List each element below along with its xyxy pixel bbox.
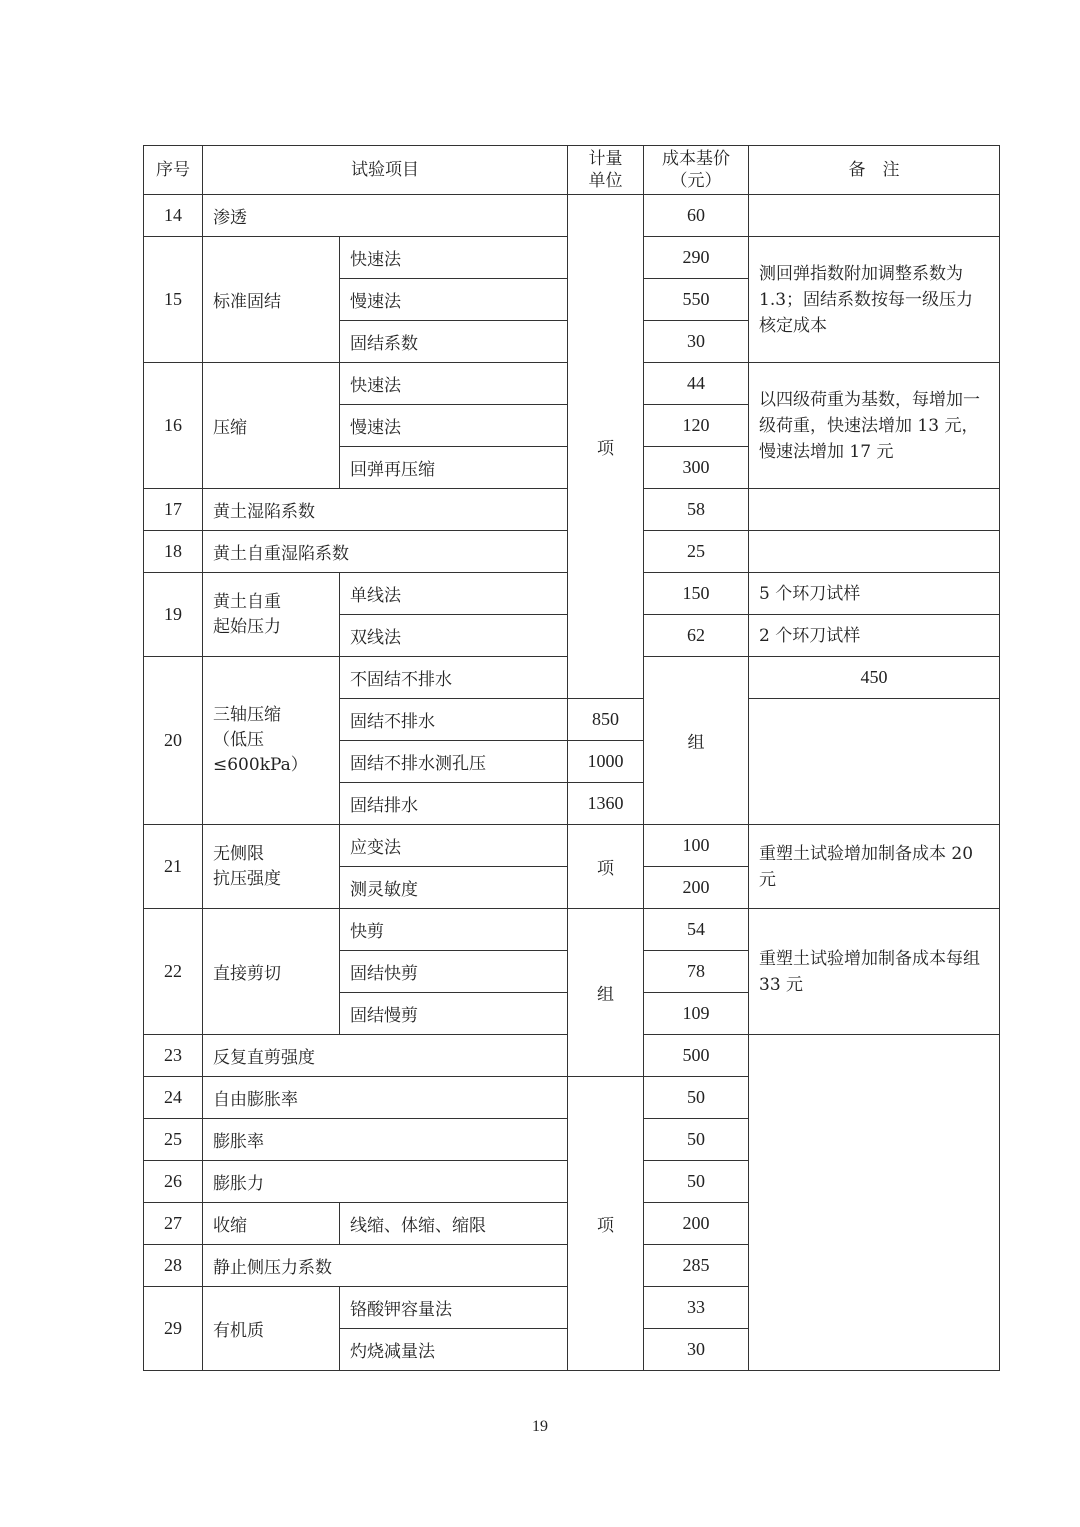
header-remark: 备 注	[749, 146, 1000, 195]
row-no: 24	[144, 1077, 203, 1119]
price: 44	[644, 363, 749, 405]
price: 33	[644, 1287, 749, 1329]
price: 1360	[568, 783, 644, 825]
price: 25	[644, 531, 749, 573]
price: 30	[644, 321, 749, 363]
price: 58	[644, 489, 749, 531]
cost-table: 序号 试验项目 计量单位 成本基价（元） 备 注 14 渗透 项 60 15 标…	[143, 145, 1000, 1371]
price: 290	[644, 237, 749, 279]
price: 50	[644, 1161, 749, 1203]
sub-item: 线缩、体缩、缩限	[340, 1203, 568, 1245]
item-name: 标准固结	[203, 237, 340, 363]
unit-cell: 项	[568, 1077, 644, 1371]
item-name: 无侧限抗压强度	[203, 825, 340, 909]
price: 1000	[568, 741, 644, 783]
unit-cell: 组	[644, 657, 749, 825]
header-price: 成本基价（元）	[644, 146, 749, 195]
item-name: 膨胀率	[203, 1119, 568, 1161]
item-name: 三轴压缩（低压≤600kPa）	[203, 657, 340, 825]
price: 300	[644, 447, 749, 489]
item-name: 有机质	[203, 1287, 340, 1371]
item-name: 直接剪切	[203, 909, 340, 1035]
page-number: 19	[0, 1418, 1080, 1436]
price: 30	[644, 1329, 749, 1371]
price: 120	[644, 405, 749, 447]
remark	[749, 489, 1000, 531]
price: 450	[749, 657, 1000, 699]
item-name: 收缩	[203, 1203, 340, 1245]
sub-item: 固结快剪	[340, 951, 568, 993]
item-name: 压缩	[203, 363, 340, 489]
price: 150	[644, 573, 749, 615]
unit-cell: 组	[568, 909, 644, 1077]
remark: 测回弹指数附加调整系数为1.3；固结系数按每一级压力核定成本	[749, 237, 1000, 363]
price: 54	[644, 909, 749, 951]
price: 285	[644, 1245, 749, 1287]
row-no: 29	[144, 1287, 203, 1371]
row-no: 16	[144, 363, 203, 489]
unit-cell: 项	[568, 195, 644, 699]
price: 100	[644, 825, 749, 867]
row-no: 22	[144, 909, 203, 1035]
sub-item: 快剪	[340, 909, 568, 951]
row-no: 17	[144, 489, 203, 531]
item-name: 自由膨胀率	[203, 1077, 568, 1119]
sub-item: 固结不排水测孔压	[340, 741, 568, 783]
row-no: 25	[144, 1119, 203, 1161]
header-seq: 序号	[144, 146, 203, 195]
sub-item: 固结不排水	[340, 699, 568, 741]
sub-item: 双线法	[340, 615, 568, 657]
price: 109	[644, 993, 749, 1035]
sub-item: 不固结不排水	[340, 657, 568, 699]
price: 78	[644, 951, 749, 993]
remark: 以四级荷重为基数，每增加一级荷重，快速法增加 13 元，慢速法增加 17 元	[749, 363, 1000, 489]
header-item: 试验项目	[203, 146, 568, 195]
remark	[749, 531, 1000, 573]
table-header: 序号 试验项目 计量单位 成本基价（元） 备 注	[144, 146, 1000, 195]
sub-item: 固结慢剪	[340, 993, 568, 1035]
item-name: 反复直剪强度	[203, 1035, 568, 1077]
price: 850	[568, 699, 644, 741]
row-no: 28	[144, 1245, 203, 1287]
price: 500	[644, 1035, 749, 1077]
row-no: 21	[144, 825, 203, 909]
row-no: 27	[144, 1203, 203, 1245]
item-name: 渗透	[203, 195, 568, 237]
sub-item: 快速法	[340, 363, 568, 405]
remark: 重塑土试验增加制备成本每组 33 元	[749, 909, 1000, 1035]
remark	[749, 195, 1000, 237]
row-no: 20	[144, 657, 203, 825]
item-name: 静止侧压力系数	[203, 1245, 568, 1287]
sub-item: 铬酸钾容量法	[340, 1287, 568, 1329]
price: 60	[644, 195, 749, 237]
row-no: 14	[144, 195, 203, 237]
item-name: 膨胀力	[203, 1161, 568, 1203]
sub-item: 单线法	[340, 573, 568, 615]
sub-item: 回弹再压缩	[340, 447, 568, 489]
remark	[749, 1035, 1000, 1371]
sub-item: 慢速法	[340, 279, 568, 321]
item-name: 黄土自重湿陷系数	[203, 531, 568, 573]
remark: 5 个环刀试样	[749, 573, 1000, 615]
sub-item: 慢速法	[340, 405, 568, 447]
table-row: 22 直接剪切 快剪 组 54 重塑土试验增加制备成本每组 33 元	[144, 909, 1000, 951]
price: 550	[644, 279, 749, 321]
sub-item: 固结系数	[340, 321, 568, 363]
price: 50	[644, 1077, 749, 1119]
header-unit: 计量单位	[568, 146, 644, 195]
row-no: 26	[144, 1161, 203, 1203]
sub-item: 固结排水	[340, 783, 568, 825]
table-row: 14 渗透 项 60	[144, 195, 1000, 237]
sub-item: 测灵敏度	[340, 867, 568, 909]
table-row: 21 无侧限抗压强度 应变法 项 100 重塑土试验增加制备成本 20 元	[144, 825, 1000, 867]
sub-item: 灼烧减量法	[340, 1329, 568, 1371]
remark: 重塑土试验增加制备成本 20 元	[749, 825, 1000, 909]
row-no: 19	[144, 573, 203, 657]
price: 50	[644, 1119, 749, 1161]
sub-item: 快速法	[340, 237, 568, 279]
row-no: 23	[144, 1035, 203, 1077]
item-name: 黄土自重起始压力	[203, 573, 340, 657]
item-name: 黄土湿陷系数	[203, 489, 568, 531]
unit-cell: 项	[568, 825, 644, 909]
price: 62	[644, 615, 749, 657]
price: 200	[644, 1203, 749, 1245]
row-no: 18	[144, 531, 203, 573]
price: 200	[644, 867, 749, 909]
row-no: 15	[144, 237, 203, 363]
remark: 2 个环刀试样	[749, 615, 1000, 657]
sub-item: 应变法	[340, 825, 568, 867]
